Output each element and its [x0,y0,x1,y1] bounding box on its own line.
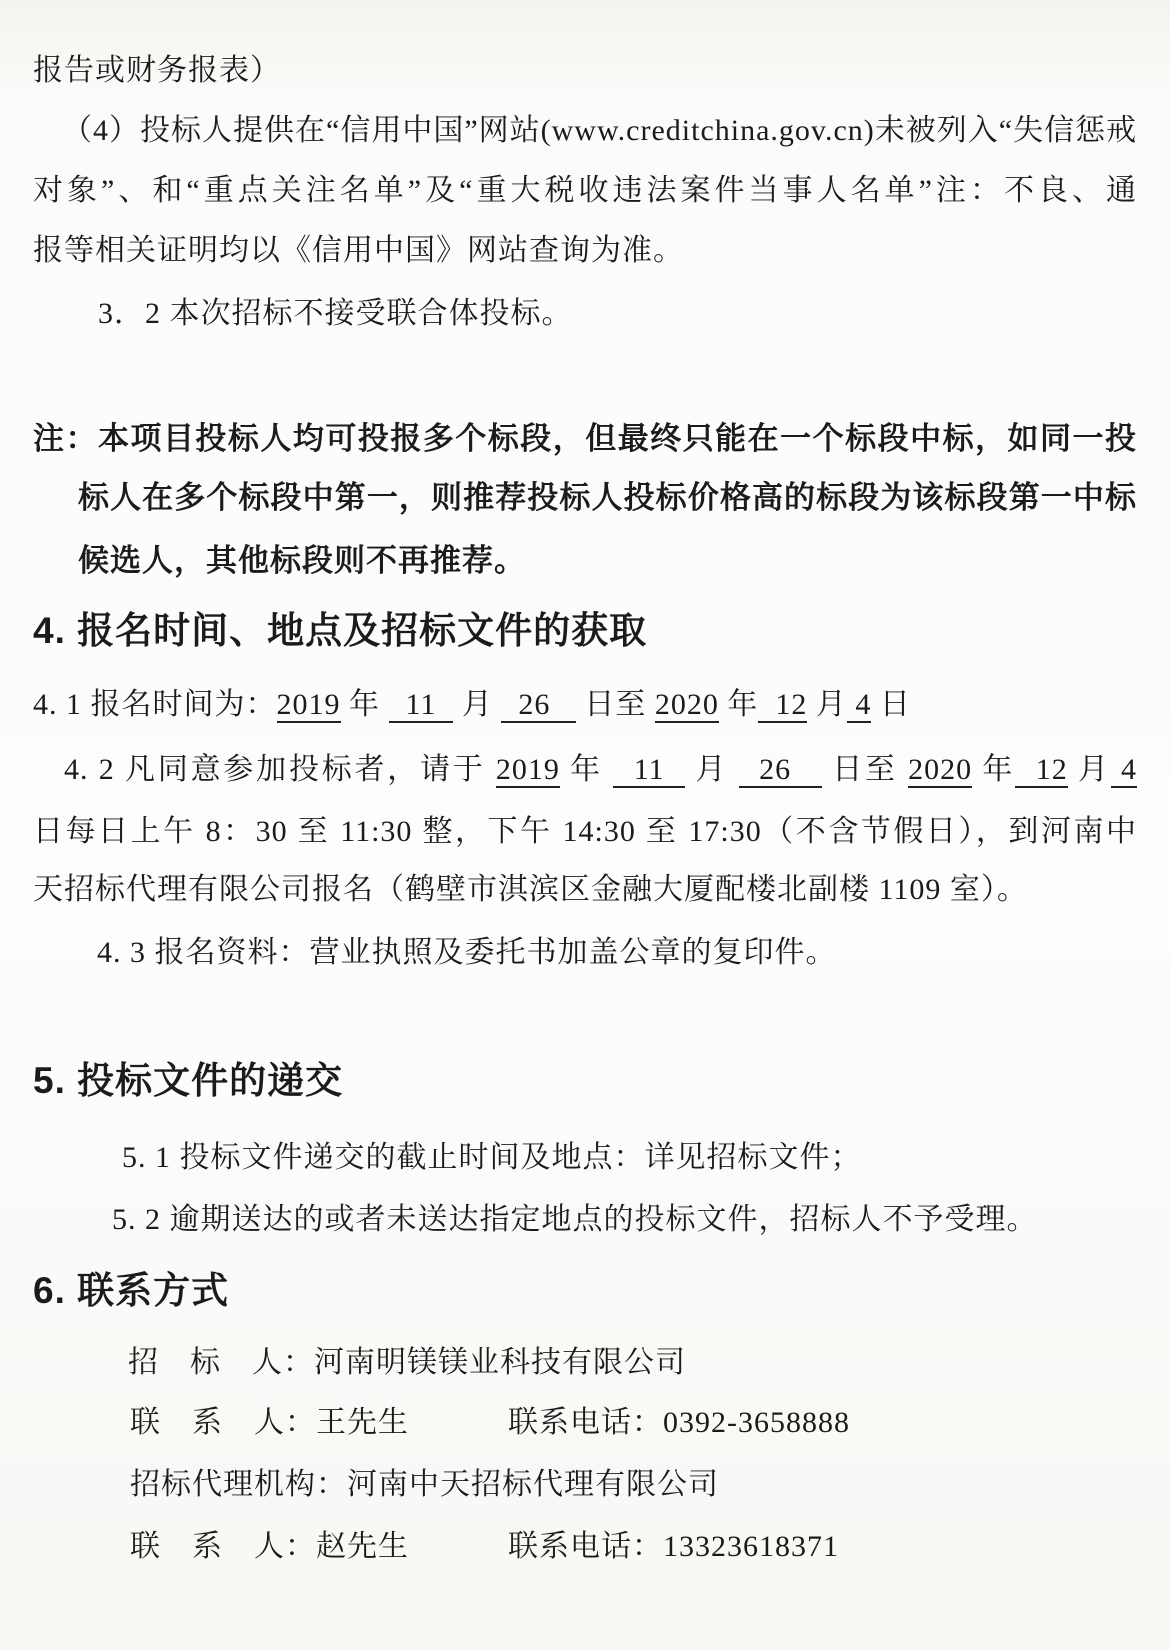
text-run: 年 [341,688,389,721]
submission-late-line: 5. 2 逾期送达的或者未送达指定地点的投标文件，招标人不予受理。 [112,1201,1038,1239]
contact2-line: 联 系 人：赵先生 联系电话：13323618371 [130,1528,1170,1566]
text-run: 月 [1068,753,1111,786]
registration-address-line: 天招标代理有限公司报名（鹤壁市淇滨区金融大厦配楼北副楼 1109 室）。 [33,871,1028,909]
contact2-name: 联 系 人：赵先生 [130,1530,409,1563]
section4-heading: 4. 报名时间、地点及招标文件的获取 [33,608,647,654]
blank-field-value: 4 [847,688,872,723]
text-run: 4. 2 凡同意参加投标者，请于 [64,753,496,786]
text-run: 月 [453,688,501,721]
text-run: 日至 [822,753,908,786]
submission-deadline-line: 5. 1 投标文件递交的截止时间及地点：详见招标文件； [122,1139,862,1177]
registration-time-line: 4. 1 报名时间为：2019 年 11 月 26 日至 2020 年 12 月… [33,686,911,724]
text-run: 日 [871,688,911,721]
note-line3: 候选人，其他标段则不再推荐。 [78,542,526,581]
blank-field-value: 26 [739,753,822,788]
text-run: 月 [685,753,738,786]
tenderer-line: 招 标 人：河南明镁镁业科技有限公司 [128,1344,686,1382]
contact1-line: 联 系 人：王先生 联系电话：0392-3658888 [130,1404,1170,1442]
blank-field-value: 11 [389,688,454,723]
paragraph-financial-report-tail: 报告或财务报表） [33,52,281,90]
item4-line3: 报等相关证明均以《信用中国》网站查询为准。 [33,232,684,270]
blank-field-value: 4 [1111,753,1137,788]
agency-line: 招标代理机构：河南中天招标代理有限公司 [130,1466,719,1504]
registration-hours-line: 日每日上午 8：30 至 11:30 整，下午 14:30 至 17:30（不含… [33,813,1137,851]
item4-line1: （4）投标人提供在“信用中国”网站(www.creditchina.gov.cn… [62,112,1137,150]
blank-field-value: 11 [613,753,685,788]
registration-materials-line: 4. 3 报名资料：营业执照及委托书加盖公章的复印件。 [97,934,837,972]
contact1-phone: 联系电话：0392-3658888 [508,1404,850,1442]
blank-field-value: 12 [758,688,807,723]
contact2-phone: 联系电话：13323618371 [508,1528,839,1566]
text-run: 日至 [576,688,655,721]
note-line2: 标人在多个标段中第一，则推荐投标人投标价格高的标段为该标段第一中标 [78,479,1137,518]
item4-line2: 对象”、和“重点关注名单”及“重大税收违法案件当事人名单”注：不良、通 [33,172,1137,210]
note-line1: 注：本项目投标人均可投报多个标段，但最终只能在一个标段中标，如同一投 [33,420,1137,459]
blank-field-value: 2019 [277,688,341,723]
text-run: 4. 1 报名时间为： [33,688,277,721]
section5-heading: 5. 投标文件的递交 [33,1058,343,1104]
text-run: 年 [560,753,613,786]
blank-field-value: 2020 [908,753,972,788]
text-run: 月 [807,688,847,721]
text-run: 年 [719,688,759,721]
text-run: 年 [972,753,1015,786]
item3-2-line: 3．2 本次招标不接受联合体投标。 [98,295,573,333]
blank-field-value: 26 [501,688,576,723]
registration-agree-line: 4. 2 凡同意参加投标者，请于 2019 年 11 月 26 日至 2020 … [64,751,1137,789]
contact1-name: 联 系 人：王先生 [130,1406,409,1439]
blank-field-value: 2019 [496,753,560,788]
blank-field-value: 2020 [655,688,719,723]
blank-field-value: 12 [1015,753,1068,788]
document-page: 报告或财务报表） （4）投标人提供在“信用中国”网站(www.creditchi… [0,0,1170,1650]
section6-heading: 6. 联系方式 [33,1268,229,1314]
